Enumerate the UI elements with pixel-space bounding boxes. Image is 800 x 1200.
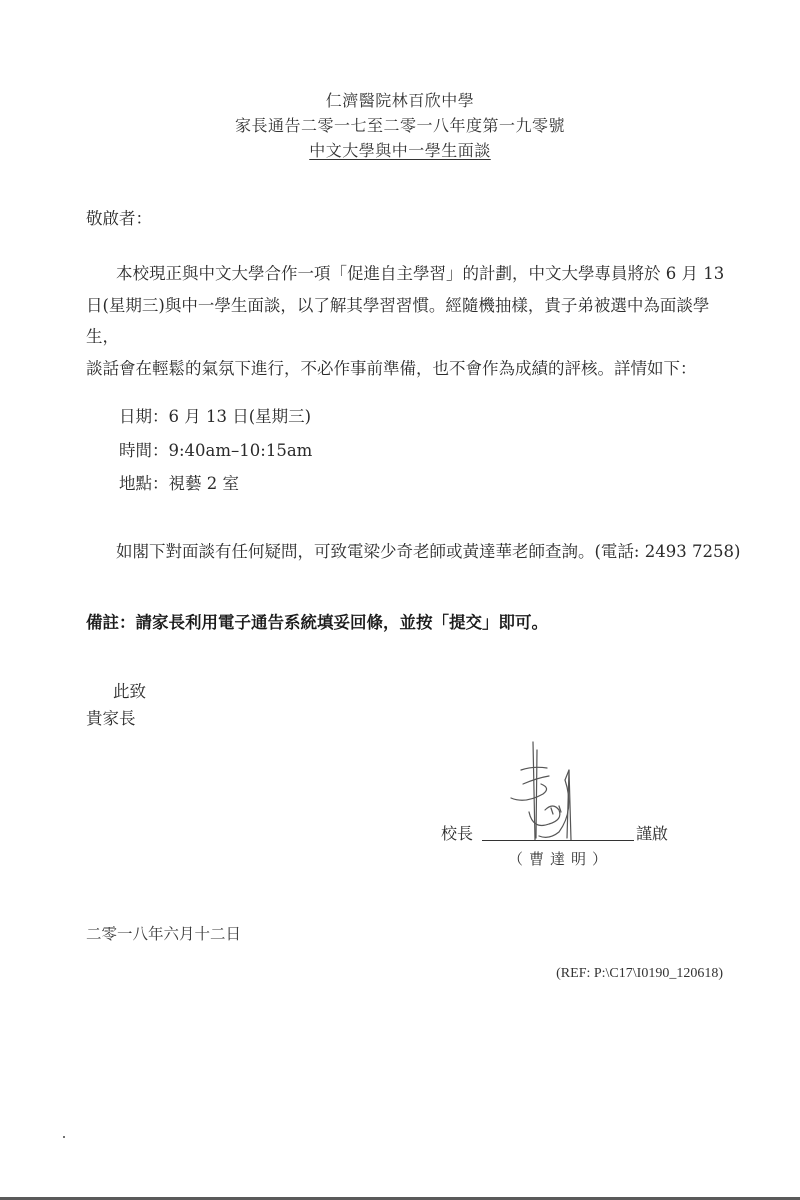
notice-number: 家長通告二零一七至二零一八年度第一九零號 (0, 113, 800, 138)
signature-closing-word: 謹啟 (636, 821, 668, 844)
detail-location: 地點：視藝 2 室 (119, 467, 312, 501)
school-name: 仁濟醫院林百欣中學 (0, 88, 800, 113)
signature-line (482, 840, 634, 841)
detail-date: 日期：6 月 13 日(星期三) (119, 400, 312, 434)
remark-note: 備註：請家長利用電子通告系統填妥回條，並按「提交」即可。 (86, 609, 726, 633)
body-line: 日(星期三)與中一學生面談，以了解其學習習慣。經隨機抽樣，貴子弟被選中為面談學生… (86, 290, 726, 353)
handwritten-signature-icon (503, 740, 593, 842)
detail-value: 視藝 2 室 (169, 474, 240, 493)
body-line: 本校現正與中文大學合作一項「促進自主學習」的計劃，中文大學專員將於 6 月 13 (86, 258, 726, 290)
detail-value: 6 月 13 日(星期三) (169, 407, 312, 426)
detail-label: 地點： (119, 474, 169, 493)
body-paragraph: 本校現正與中文大學合作一項「促進自主學習」的計劃，中文大學專員將於 6 月 13… (86, 258, 726, 384)
closing-line-2: 貴家長 (86, 705, 726, 729)
body-line: 談話會在輕鬆的氣氛下進行，不必作事前準備，也不會作為成績的評核。詳情如下： (86, 353, 726, 385)
notice-subject: 中文大學與中一學生面談 (309, 138, 491, 163)
interview-details: 日期：6 月 13 日(星期三) 時間：9:40am–10:15am 地點：視藝… (119, 400, 312, 501)
signatory-name: （曹達明） (508, 848, 613, 869)
issue-date: 二零一八年六月十二日 (86, 922, 726, 944)
contact-info: 如閣下對面談有任何疑問，可致電梁少奇老師或黃達華老師查詢。(電話: 2493 7… (116, 538, 756, 562)
scan-speck (63, 1136, 65, 1138)
notice-page: 仁濟醫院林百欣中學 家長通告二零一七至二零一八年度第一九零號 中文大學與中一學生… (0, 0, 800, 1197)
reference-code: (REF: P:\C17\I0190_120618) (556, 966, 723, 982)
signature-block: 校長 謹啟 （曹達明） (441, 740, 691, 880)
signature-title: 校長 (441, 821, 473, 844)
closing-line-1: 此致 (113, 678, 753, 702)
detail-label: 時間： (119, 441, 169, 460)
salutation: 敬啟者： (86, 205, 726, 229)
detail-label: 日期： (119, 407, 169, 426)
detail-time: 時間：9:40am–10:15am (119, 434, 312, 468)
detail-value: 9:40am–10:15am (169, 441, 313, 460)
notice-header: 仁濟醫院林百欣中學 家長通告二零一七至二零一八年度第一九零號 中文大學與中一學生… (0, 88, 800, 163)
